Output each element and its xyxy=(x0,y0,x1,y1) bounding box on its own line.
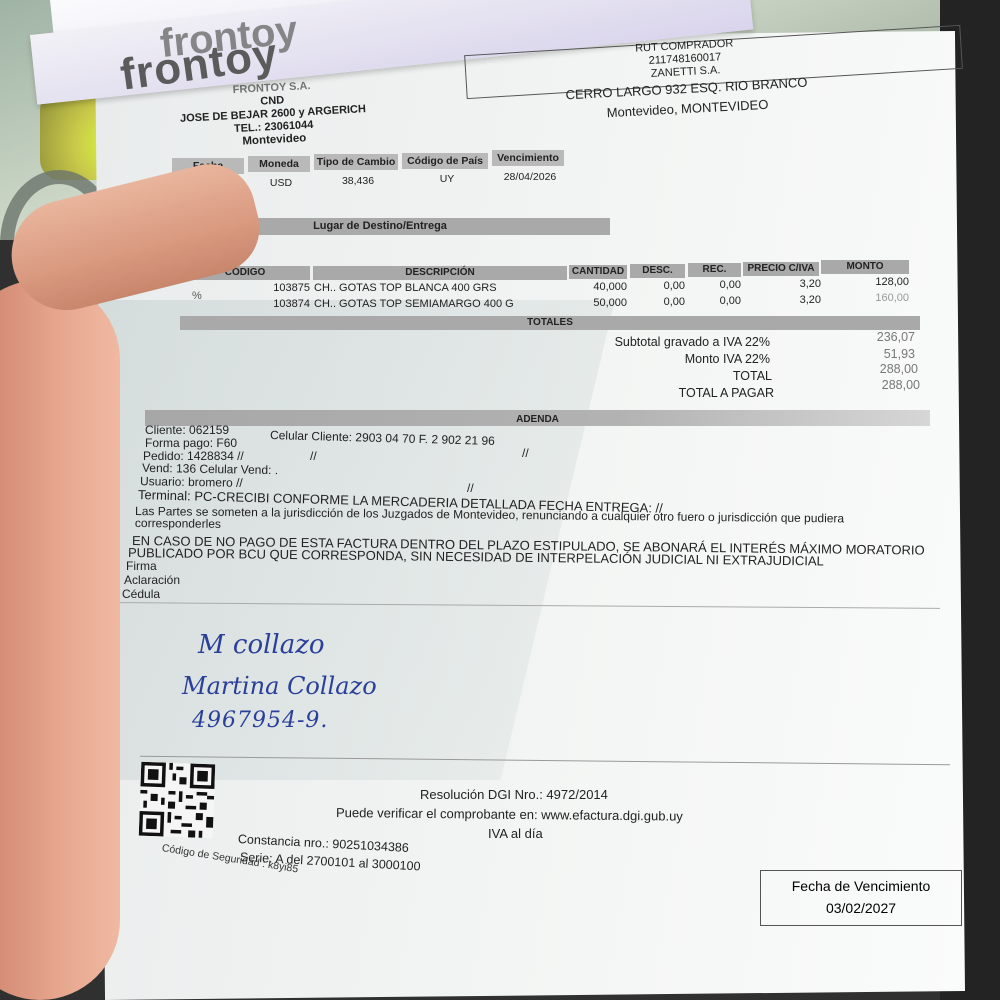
total-pagar-value: 288,00 xyxy=(820,378,920,392)
total-pagar-label: TOTAL A PAGAR xyxy=(520,386,774,400)
item-codigo: 103874 xyxy=(250,298,310,310)
adenda-firma-label: Firma xyxy=(126,560,157,573)
totales-header: TOTALES xyxy=(180,316,920,330)
item-descripcion: CH.. GOTAS TOP SEMIAMARGO 400 G xyxy=(314,298,514,310)
adenda-separator: // xyxy=(467,482,474,495)
item-desc: 0,00 xyxy=(630,280,685,292)
col-cantidad: CANTIDAD xyxy=(569,265,627,279)
info-header-moneda: Moneda xyxy=(248,156,310,172)
receptor-block: RUT COMPRADOR 211748160017 ZANETTI S.A. … xyxy=(563,34,809,126)
item-codigo: 103875 xyxy=(250,282,310,294)
fecha-vencimiento-value: 03/02/2027 xyxy=(761,897,961,919)
info-tipo-cambio: 38,436 xyxy=(316,175,400,187)
handwritten-name: Martina Collazo xyxy=(182,672,377,700)
adenda-separator: // xyxy=(310,450,317,463)
adenda-forma-pago: Forma pago: F60 xyxy=(145,437,237,450)
iva-value: 51,93 xyxy=(820,347,915,361)
handwritten-signature: M collazo xyxy=(198,630,325,660)
info-vencimiento: 28/04/2026 xyxy=(490,171,570,183)
fecha-vencimiento-box: Fecha de Vencimiento 03/02/2027 xyxy=(760,870,962,926)
info-header-vencimiento: Vencimiento xyxy=(492,150,564,166)
qr-code-icon xyxy=(139,762,216,839)
total-label: TOTAL xyxy=(520,369,772,383)
item-precio: 3,20 xyxy=(743,278,821,290)
col-rec: REC. xyxy=(688,263,741,277)
col-descripcion: DESCRIPCIÓN xyxy=(313,266,567,280)
handwritten-cedula: 4967954-9. xyxy=(192,708,328,733)
subtotal-label: Subtotal gravado a IVA 22% xyxy=(520,335,770,349)
adenda-aclaracion-label: Aclaración xyxy=(124,574,180,587)
adenda-separator: // xyxy=(522,447,529,460)
col-precio: PRECIO C/IVA xyxy=(743,262,819,276)
item-monto: 160,00 xyxy=(821,292,909,304)
info-header-codigo-pais: Código de País xyxy=(402,153,488,169)
iva-al-dia: IVA al día xyxy=(488,826,543,841)
total-value: 288,00 xyxy=(820,362,918,376)
adenda-cliente: Cliente: 062159 xyxy=(145,424,229,437)
resolucion-dgi: Resolución DGI Nro.: 4972/2014 xyxy=(420,787,608,802)
iva-label: Monto IVA 22% xyxy=(520,352,770,366)
item-rec: 0,00 xyxy=(688,295,741,307)
col-monto: MONTO xyxy=(821,260,909,274)
info-header-tipo-cambio: Tipo de Cambio xyxy=(314,154,398,170)
item-precio: 3,20 xyxy=(743,294,821,306)
adenda-cedula-label: Cédula xyxy=(122,588,160,601)
item-rec: 0,00 xyxy=(688,279,741,291)
item-cantidad: 40,000 xyxy=(567,281,627,293)
emisor-block: FRONTOY S.A. CND JOSE DE BEJAR 2600 y AR… xyxy=(178,77,367,152)
col-desc: DESC. xyxy=(630,264,685,278)
item-cantidad: 50,000 xyxy=(567,297,627,309)
info-codigo-pais: UY xyxy=(404,173,490,185)
item-monto: 128,00 xyxy=(821,276,909,288)
adenda-header: ADENDA xyxy=(145,410,930,426)
info-moneda: USD xyxy=(250,177,312,189)
fecha-vencimiento-label: Fecha de Vencimiento xyxy=(761,875,961,897)
item-descripcion: CH.. GOTAS TOP BLANCA 400 GRS xyxy=(314,282,497,294)
partial-percent: % xyxy=(192,290,202,302)
hand xyxy=(0,280,120,1000)
item-desc: 0,00 xyxy=(630,296,685,308)
subtotal-value: 236,07 xyxy=(820,330,915,344)
